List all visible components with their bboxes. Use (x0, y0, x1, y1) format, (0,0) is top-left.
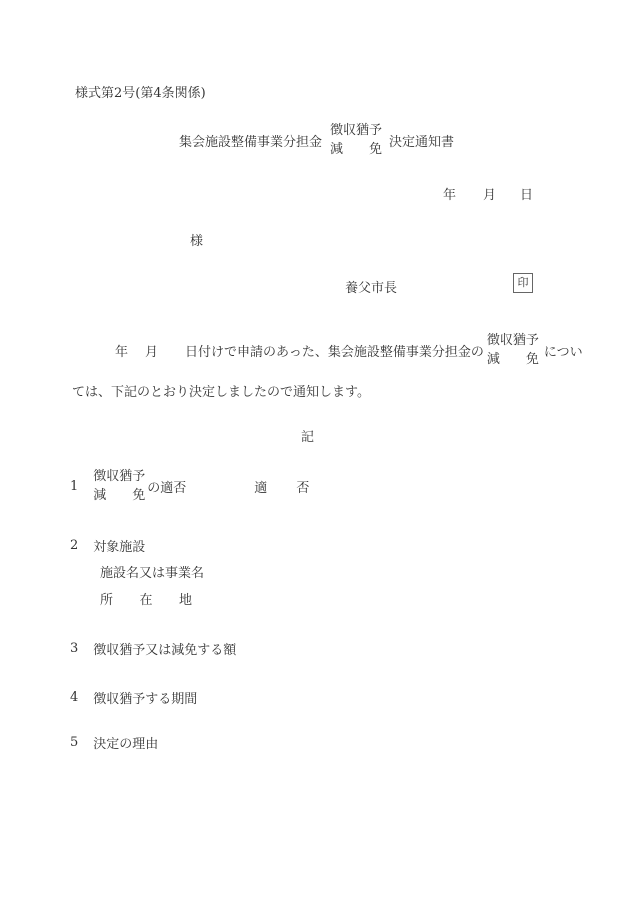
document-page: 様式第2号(第4条関係) 集会施設整備事業分担金 徴収猶予 減 免 決定通知書 … (0, 0, 630, 915)
item-1-number: 1 (70, 479, 78, 494)
title-stack-bottom-left: 減 (330, 140, 343, 159)
item-1-stack-bottom-right: 免 (132, 486, 145, 505)
item-2-sub-location-char3: 地 (179, 589, 192, 608)
title-stack-top: 徴収猶予 (330, 121, 382, 140)
form-number-label: 様式第2号(第4条関係) (75, 82, 206, 101)
item-4-label: 徴収猶予する期間 (93, 688, 197, 707)
item-2-label: 対象施設 (93, 536, 145, 555)
item-5-number: 5 (70, 735, 78, 750)
item-2-sub-location-char2: 在 (139, 589, 152, 608)
addressee-honorific: 様 (190, 230, 203, 249)
document-title: 集会施設整備事業分担金 徴収猶予 減 免 決定通知書 (179, 121, 454, 159)
body-line2: ては、下記のとおり決定しましたので通知します。 (72, 381, 370, 400)
item-1-stack-bottom: 減 免 (93, 486, 145, 505)
item-1-stack-bottom-left: 減 (93, 486, 106, 505)
body-segment1: 日付けで申請のあった、集会施設整備事業分担金の (185, 341, 484, 360)
body-stack-bottom-left: 減 (487, 350, 500, 369)
item-1-option-deny: 否 (296, 477, 309, 496)
seal-mark: 印 (513, 273, 533, 293)
item-1-stack-top: 徴収猶予 (93, 467, 145, 486)
title-suffix: 決定通知書 (389, 131, 454, 150)
item-4: 4 徴収猶予する期間 (70, 688, 197, 707)
title-stack-bottom: 減 免 (330, 140, 382, 159)
record-heading: 記 (301, 426, 314, 445)
item-5: 5 決定の理由 (70, 733, 158, 752)
body-stack-top: 徴収猶予 (487, 331, 539, 350)
item-3-number: 3 (70, 641, 78, 656)
date-line: 年 月 日 (443, 184, 533, 203)
title-stack-deferral-exemption: 徴収猶予 減 免 (330, 121, 382, 159)
item-2-sub-location: 所 在 地 (100, 589, 192, 608)
date-day-label: 日 (520, 184, 533, 203)
item-2-sub-facility-name: 施設名又は事業名 (100, 562, 204, 581)
body-month-label: 月 (145, 341, 158, 360)
item-2: 2 対象施設 (70, 536, 145, 555)
item-3-label: 徴収猶予又は減免する額 (93, 639, 236, 658)
body-stack-bottom: 減 免 (487, 350, 539, 369)
title-main: 集会施設整備事業分担金 (179, 131, 322, 150)
body-stack-deferral-exemption: 徴収猶予 減 免 (487, 331, 539, 369)
item-1: 1 徴収猶予 減 免 の適否 適 否 (70, 467, 309, 505)
issuer-name: 養父市長 (345, 277, 397, 296)
item-3: 3 徴収猶予又は減免する額 (70, 639, 236, 658)
title-stack-bottom-right: 免 (369, 140, 382, 159)
item-1-stack-deferral-exemption: 徴収猶予 減 免 (93, 467, 145, 505)
body-segment2: につい (544, 341, 583, 360)
body-line1: 年 月 日付けで申請のあった、集会施設整備事業分担金の 徴収猶予 減 免 につい (115, 331, 583, 369)
date-year-label: 年 (443, 184, 456, 203)
item-2-sub-location-char1: 所 (100, 589, 113, 608)
body-year-label: 年 (115, 341, 128, 360)
body-stack-bottom-right: 免 (526, 350, 539, 369)
item-1-suffix: の適否 (147, 477, 186, 496)
date-month-label: 月 (483, 184, 496, 203)
item-1-option-approve: 適 (254, 477, 267, 496)
item-5-label: 決定の理由 (93, 733, 158, 752)
item-4-number: 4 (70, 690, 78, 705)
item-2-number: 2 (70, 538, 78, 553)
